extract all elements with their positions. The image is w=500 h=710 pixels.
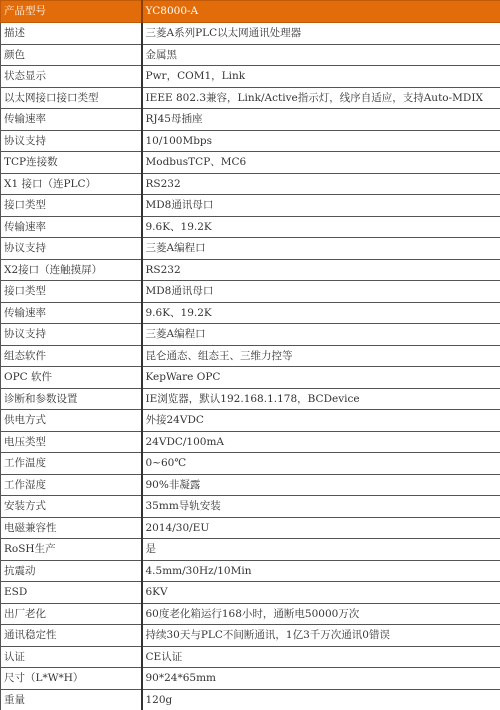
table-row: 尺寸（L*W*H）90*24*65mm — [1, 668, 500, 690]
spec-label: 安装方式 — [1, 496, 142, 518]
spec-label: X2接口（连触摸屏） — [1, 259, 142, 281]
spec-value: 昆仑通态、组态王、三维力控等 — [142, 345, 500, 367]
spec-label: 接口类型 — [1, 195, 142, 217]
spec-label: 电压类型 — [1, 431, 142, 453]
spec-value: CE认证 — [142, 646, 500, 668]
spec-label: 供电方式 — [1, 410, 142, 432]
table-row: 接口类型MD8通讯母口 — [1, 281, 500, 303]
table-row: X2接口（连触摸屏）RS232 — [1, 259, 500, 281]
spec-value: 6KV — [142, 582, 500, 604]
spec-label: 重量 — [1, 689, 142, 710]
spec-label: 工作温度 — [1, 453, 142, 475]
table-row: 状态显示Pwr，COM1，Link — [1, 66, 500, 88]
spec-value: Pwr，COM1，Link — [142, 66, 500, 88]
spec-label: 工作湿度 — [1, 474, 142, 496]
table-row: 安装方式35mm导轨安装 — [1, 496, 500, 518]
table-row: 传输速率RJ45母插座 — [1, 109, 500, 131]
spec-value: KepWare OPC — [142, 367, 500, 389]
spec-label: OPC 软件 — [1, 367, 142, 389]
spec-value: 120g — [142, 689, 500, 710]
spec-label: 协议支持 — [1, 324, 142, 346]
table-row: 传输速率9.6K、19.2K — [1, 216, 500, 238]
table-row: 以太网接口接口类型IEEE 802.3兼容，Link/Active指示灯，线序自… — [1, 87, 500, 109]
spec-label: ESD — [1, 582, 142, 604]
spec-value: 90%非凝露 — [142, 474, 500, 496]
table-row: ESD6KV — [1, 582, 500, 604]
spec-label: TCP连接数 — [1, 152, 142, 174]
header-label: 产品型号 — [1, 1, 142, 23]
table-row: 接口类型MD8通讯母口 — [1, 195, 500, 217]
table-row: 重量120g — [1, 689, 500, 710]
spec-value: 2014/30/EU — [142, 517, 500, 539]
table-row: 出厂老化60度老化箱运行168小时，通断电50000万次 — [1, 603, 500, 625]
spec-value: 4.5mm/30Hz/10Min — [142, 560, 500, 582]
spec-label: 诊断和参数设置 — [1, 388, 142, 410]
table-row: 协议支持三菱A编程口 — [1, 238, 500, 260]
table-row: 认证CE认证 — [1, 646, 500, 668]
spec-value: 9.6K、19.2K — [142, 302, 500, 324]
table-row: 工作温度0~60℃ — [1, 453, 500, 475]
spec-value: RS232 — [142, 173, 500, 195]
table-row: 电压类型24VDC/100mA — [1, 431, 500, 453]
spec-label: 组态软件 — [1, 345, 142, 367]
spec-value: RS232 — [142, 259, 500, 281]
table-row: 供电方式外接24VDC — [1, 410, 500, 432]
spec-value: 90*24*65mm — [142, 668, 500, 690]
spec-label: 协议支持 — [1, 130, 142, 152]
spec-value: 0~60℃ — [142, 453, 500, 475]
spec-value: MD8通讯母口 — [142, 195, 500, 217]
spec-label: 状态显示 — [1, 66, 142, 88]
spec-table: 产品型号 YC8000-A 描述三菱A系列PLC以太网通讯处理器颜色金属黑状态显… — [0, 0, 500, 710]
spec-value: 三菱A编程口 — [142, 238, 500, 260]
spec-label: 尺寸（L*W*H） — [1, 668, 142, 690]
spec-value: ModbusTCP、MC6 — [142, 152, 500, 174]
spec-label: 传输速率 — [1, 302, 142, 324]
spec-label: 颜色 — [1, 44, 142, 66]
spec-value: 60度老化箱运行168小时，通断电50000万次 — [142, 603, 500, 625]
table-row: 描述三菱A系列PLC以太网通讯处理器 — [1, 23, 500, 45]
spec-value: 24VDC/100mA — [142, 431, 500, 453]
spec-label: X1 接口（连PLC） — [1, 173, 142, 195]
table-row: 协议支持三菱A编程口 — [1, 324, 500, 346]
spec-label: 认证 — [1, 646, 142, 668]
spec-label: 传输速率 — [1, 216, 142, 238]
spec-label: 通讯稳定性 — [1, 625, 142, 647]
spec-label: 接口类型 — [1, 281, 142, 303]
spec-label: 电磁兼容性 — [1, 517, 142, 539]
spec-label: 以太网接口接口类型 — [1, 87, 142, 109]
spec-value: 持续30天与PLC不间断通讯，1亿3千万次通讯0错误 — [142, 625, 500, 647]
spec-value: 10/100Mbps — [142, 130, 500, 152]
table-header-row: 产品型号 YC8000-A — [1, 1, 500, 23]
spec-value: IEEE 802.3兼容，Link/Active指示灯，线序自适应，支持Auto… — [142, 87, 500, 109]
spec-value: IE浏览器，默认192.168.1.178，BCDevice — [142, 388, 500, 410]
spec-value: RJ45母插座 — [142, 109, 500, 131]
spec-value: 外接24VDC — [142, 410, 500, 432]
table-row: 电磁兼容性2014/30/EU — [1, 517, 500, 539]
table-row: 诊断和参数设置IE浏览器，默认192.168.1.178，BCDevice — [1, 388, 500, 410]
table-row: OPC 软件KepWare OPC — [1, 367, 500, 389]
table-row: 组态软件昆仑通态、组态王、三维力控等 — [1, 345, 500, 367]
table-row: RoSH生产是 — [1, 539, 500, 561]
spec-value: 金属黑 — [142, 44, 500, 66]
spec-value: MD8通讯母口 — [142, 281, 500, 303]
spec-value: 是 — [142, 539, 500, 561]
spec-value: 三菱A编程口 — [142, 324, 500, 346]
table-row: TCP连接数ModbusTCP、MC6 — [1, 152, 500, 174]
spec-label: RoSH生产 — [1, 539, 142, 561]
spec-value: 35mm导轨安装 — [142, 496, 500, 518]
table-row: 抗震动4.5mm/30Hz/10Min — [1, 560, 500, 582]
table-row: 协议支持10/100Mbps — [1, 130, 500, 152]
spec-label: 协议支持 — [1, 238, 142, 260]
header-value: YC8000-A — [142, 1, 500, 23]
table-row: 工作湿度90%非凝露 — [1, 474, 500, 496]
spec-value: 三菱A系列PLC以太网通讯处理器 — [142, 23, 500, 45]
table-row: 传输速率9.6K、19.2K — [1, 302, 500, 324]
spec-label: 出厂老化 — [1, 603, 142, 625]
spec-value: 9.6K、19.2K — [142, 216, 500, 238]
table-row: 颜色金属黑 — [1, 44, 500, 66]
table-row: 通讯稳定性持续30天与PLC不间断通讯，1亿3千万次通讯0错误 — [1, 625, 500, 647]
spec-label: 描述 — [1, 23, 142, 45]
spec-label: 传输速率 — [1, 109, 142, 131]
table-row: X1 接口（连PLC）RS232 — [1, 173, 500, 195]
spec-label: 抗震动 — [1, 560, 142, 582]
